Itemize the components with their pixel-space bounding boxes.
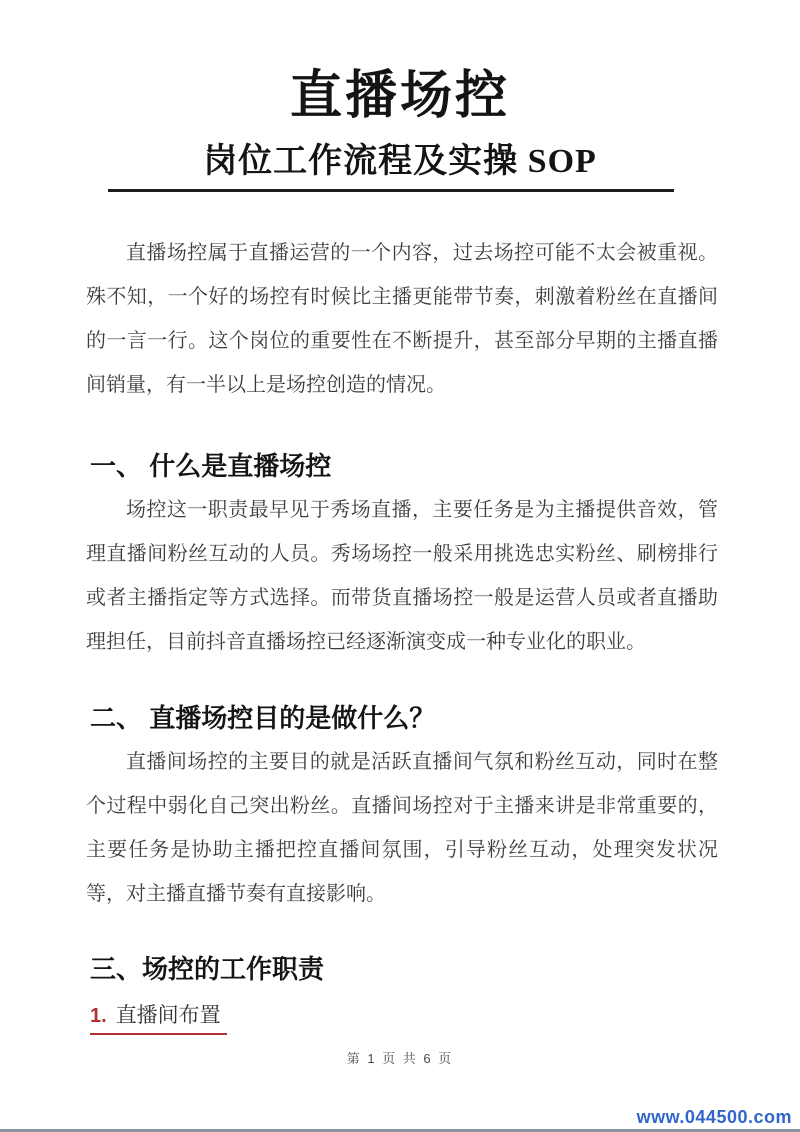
document-subtitle: 岗位工作流程及实操 SOP: [0, 140, 800, 184]
site-watermark-link[interactable]: www.044500.com: [637, 1107, 792, 1128]
title-underline-rule: [108, 189, 674, 192]
duties-list-item-1: 1.直播间布置: [90, 999, 227, 1035]
page-number-footer: 第 1 页 共 6 页: [0, 1048, 800, 1067]
section-heading-what-is: 一、 什么是直播场控: [90, 450, 718, 482]
document-page: 直播场控 岗位工作流程及实操 SOP 直播场控属于直播运营的一个内容，过去场控可…: [0, 0, 800, 1132]
section-paragraph-purpose: 直播间场控的主要目的就是活跃直播间气氛和粉丝互动，同时在整个过程中弱化自己突出粉…: [86, 740, 718, 916]
list-item-label: 直播间布置: [116, 1004, 221, 1027]
section-heading-duties: 三、场控的工作职责: [90, 953, 718, 985]
document-title: 直播场控: [0, 66, 800, 128]
section-paragraph-what-is: 场控这一职责最早见于秀场直播，主要任务是为主播提供音效，管理直播间粉丝互动的人员…: [86, 488, 718, 664]
list-item-number: 1.: [90, 1005, 107, 1027]
section-heading-purpose: 二、 直播场控目的是做什么？: [90, 702, 718, 734]
intro-paragraph: 直播场控属于直播运营的一个内容，过去场控可能不太会被重视。殊不知，一个好的场控有…: [86, 231, 718, 407]
